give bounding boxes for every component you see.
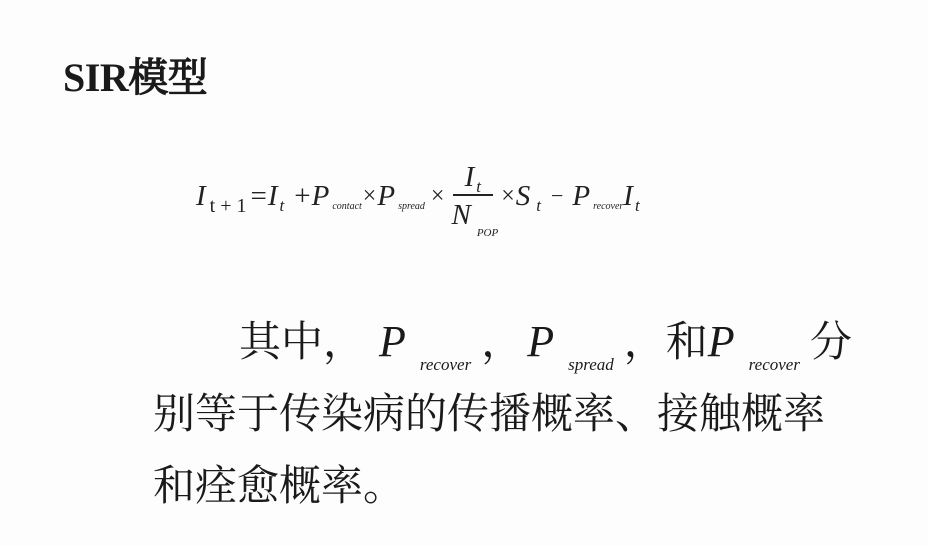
formula-term4-sub: t — [536, 196, 541, 216]
formula-term4-var: S — [516, 180, 531, 213]
sir-formula: I t + 1 = I t + P contact × P spread × I… — [196, 156, 640, 236]
formula-term5-sub: recover — [593, 201, 623, 212]
formula-lhs-var: I — [196, 180, 206, 213]
separator-2: ，和 — [624, 317, 708, 366]
formula-fraction: It NPOP — [447, 160, 498, 236]
fraction-denominator: NPOP — [447, 196, 498, 236]
paragraph-line-1: 其中，Precover，Pspread，和Precover分 — [153, 306, 893, 378]
text-prefix: 其中， — [239, 317, 365, 366]
var-p-recover: P — [379, 317, 406, 366]
formula-term3-var: P — [377, 180, 395, 213]
formula-times-1: × — [363, 183, 377, 210]
formula-times-2: × — [431, 183, 445, 210]
explanation-paragraph: 其中，Precover，Pspread，和Precover分 别等于传染病的传播… — [153, 306, 893, 522]
sub-recover: recover — [420, 355, 471, 374]
formula-minus: − — [551, 183, 563, 209]
formula-plus: + — [294, 180, 310, 213]
var-p-recover-2: P — [708, 317, 735, 366]
formula-term1-sub: t — [280, 196, 285, 216]
formula-term6-var: I — [623, 180, 633, 213]
var-p-spread: P — [527, 317, 554, 366]
paragraph-line-2: 别等于传染病的传播概率、接触概率 — [153, 378, 893, 450]
fraction-numerator: It — [459, 160, 487, 194]
separator-1: ， — [481, 317, 523, 366]
formula-lhs-sub: t + 1 — [210, 195, 247, 218]
section-heading: SIR模型 — [63, 52, 207, 104]
paragraph-line-3: 和痊愈概率。 — [153, 450, 893, 522]
formula-term1-var: I — [268, 180, 278, 213]
formula-term2-sub: contact — [332, 201, 361, 212]
sub-recover-2: recover — [749, 355, 800, 374]
formula-equals: = — [251, 180, 267, 213]
sub-spread: spread — [568, 355, 614, 374]
formula-term5-var: P — [572, 180, 590, 213]
formula-term6-sub: t — [635, 196, 640, 216]
formula-term2-var: P — [312, 180, 330, 213]
text-suffix: 分 — [810, 317, 852, 366]
formula-term3-sub: spread — [398, 201, 425, 212]
formula-times-3: × — [501, 183, 515, 210]
